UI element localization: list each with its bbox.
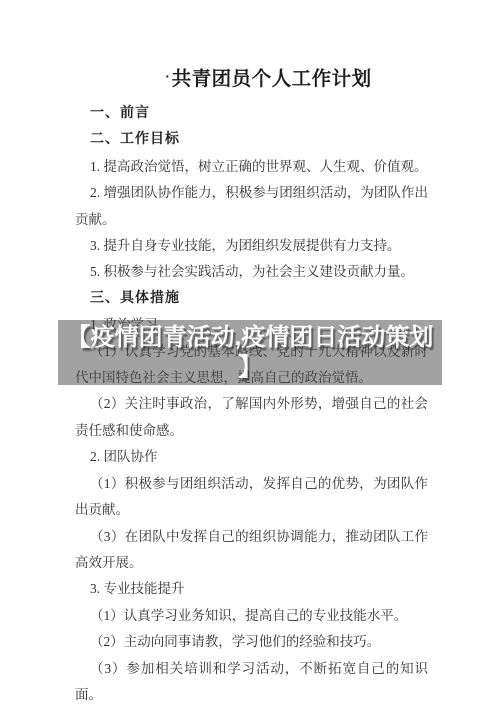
doc-item: 3. 提升自身专业技能，为团组织发展提供有力支持。 (75, 233, 428, 259)
doc-heading-measures: 三、具体措施 (75, 286, 428, 312)
doc-title: ·共青团员个人工作计划 (75, 62, 428, 93)
doc-heading-preface: 一、前言 (75, 101, 428, 127)
doc-heading-goals: 二、工作目标 (75, 127, 428, 153)
doc-item: 1. 提高政治觉悟，树立正确的世界观、人生观、价值观。 (75, 154, 428, 180)
doc-item: 5. 积极参与社会实践活动，为社会主义建设贡献力量。 (75, 259, 428, 285)
doc-item-teamwork: 2. 团队协作 (75, 444, 428, 470)
doc-subitem: （1）积极参与团组织活动，发挥自己的优势，为团队作出贡献。 (75, 471, 428, 524)
watermark-text-line2: 】 (238, 353, 262, 383)
doc-subitem: （2）关注时事政治，了解国内外形势，增强自己的社会责任感和使命感。 (75, 391, 428, 444)
watermark-text-line1: 【疫情团青活动,疫情团日活动策划 (67, 323, 434, 353)
doc-item-skills: 3. 专业技能提升 (75, 576, 428, 602)
doc-body: 一、前言 二、工作目标 1. 提高政治觉悟，树立正确的世界观、人生观、价值观。 … (75, 101, 428, 706)
title-dot: · (165, 68, 170, 84)
watermark-overlay: 【疫情团青活动,疫情团日活动策划 】 (58, 320, 442, 385)
doc-title-text: 共青团员个人工作计划 (172, 68, 372, 90)
doc-subitem: （2）主动向同事请教，学习他们的经验和技巧。 (75, 629, 428, 655)
doc-item: 2. 增强团队协作能力，积极参与团组织活动，为团队作出贡献。 (75, 180, 428, 233)
document-page: ·共青团员个人工作计划 一、前言 二、工作目标 1. 提高政治觉悟，树立正确的世… (0, 0, 500, 706)
doc-subitem: （1）认真学习业务知识，提高自己的专业技能水平。 (75, 603, 428, 629)
doc-subitem: （3）参加相关培训和学习活动，不断拓宽自己的知识面。 (75, 656, 428, 706)
doc-subitem: （3）在团队中发挥自己的组织协调能力，推动团队工作高效开展。 (75, 524, 428, 577)
